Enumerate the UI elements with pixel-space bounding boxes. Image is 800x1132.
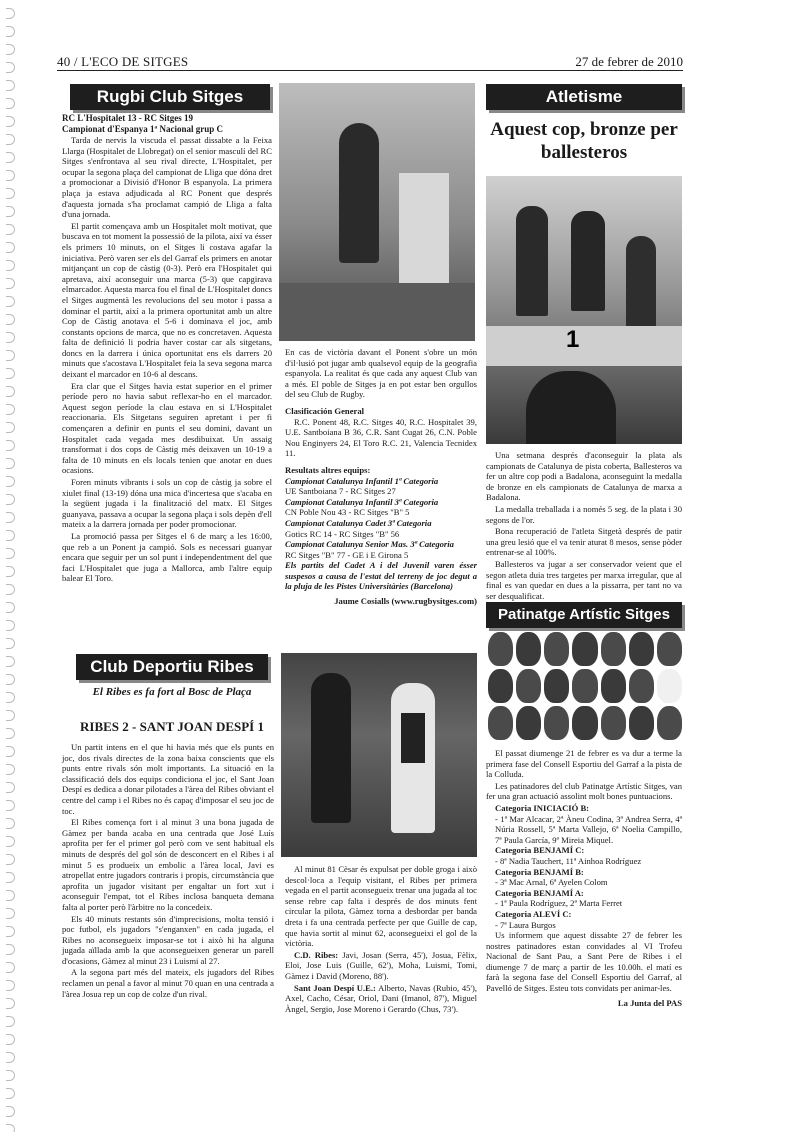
category-results: - 1ª Paula Rodríguez, 2ª Marta Ferret: [495, 898, 682, 909]
result-score: UE Santboiana 7 - RC Sitges 27: [285, 486, 477, 497]
binder-hole: [6, 512, 15, 523]
binder-hole: [6, 1034, 15, 1045]
rugby-paragraph: La promoció passa per Sitges el 6 de mar…: [62, 531, 272, 584]
binder-hole: [6, 944, 15, 955]
issue-date: 27 de febrer de 2010: [575, 54, 683, 70]
binder-hole: [6, 458, 15, 469]
binder-hole: [6, 782, 15, 793]
ribes-paragraph: Un partit intens en el que hi havia més …: [62, 742, 274, 816]
binder-hole: [6, 890, 15, 901]
patinatge-signature: La Junta del PAS: [486, 998, 682, 1009]
category-name: Categoria ALEVÍ C:: [495, 909, 682, 920]
rugby-continuation: En cas de victòria davant el Ponent s'ob…: [285, 347, 477, 400]
skater-portrait: [657, 669, 682, 703]
ribes-paragraph: Al minut 81 Cèsar és expulsat per doble …: [285, 864, 477, 949]
binder-hole: [6, 296, 15, 307]
skater-portrait: [544, 669, 569, 703]
rugby-competition: Campionat d'Espanya 1ª Nacional grup C: [62, 124, 272, 135]
binder-holes: [0, 0, 22, 1132]
binder-hole: [6, 404, 15, 415]
ribes-article: Un partit intens en el que hi havia més …: [62, 742, 274, 1000]
binder-hole: [6, 656, 15, 667]
binder-hole: [6, 350, 15, 361]
result-score: CN Poble Nou 43 - RC Sitges "B" 5: [285, 507, 477, 518]
result-category: Campionat Catalunya Senior Mas. 3ª Categ…: [285, 539, 477, 550]
podium-photo: 1: [486, 176, 682, 444]
result-category: Campionat Catalunya Cadet 3ª Categoria: [285, 518, 477, 529]
binder-hole: [6, 584, 15, 595]
binder-hole: [6, 818, 15, 829]
binder-hole: [6, 44, 15, 55]
binder-hole: [6, 476, 15, 487]
skater-portrait: [544, 706, 569, 740]
category-name: Categoria INICIACIÓ B:: [495, 803, 682, 814]
atletisme-article: Una setmana després d'aconseguir la plat…: [486, 450, 682, 616]
atletisme-banner: Atletisme: [486, 84, 682, 110]
atletisme-paragraph: Una setmana després d'aconseguir la plat…: [486, 450, 682, 503]
ribes-article-continued: Al minut 81 Cèsar és expulsat per doble …: [285, 864, 477, 1015]
patinatge-intro: El passat diumenge 21 de febrer es va du…: [486, 748, 682, 780]
binder-hole: [6, 728, 15, 739]
category-results: - 3ª Mac Arnal, 6ª Ayelen Colom: [495, 877, 682, 888]
results-title: Resultats altres equips:: [285, 465, 477, 476]
binder-hole: [6, 908, 15, 919]
result-score: RC Sitges "B" 77 - GE i E Girona 5: [285, 550, 477, 561]
binder-hole: [6, 1070, 15, 1081]
skater-portrait: [572, 706, 597, 740]
binder-hole: [6, 1106, 15, 1117]
skater-portrait: [629, 706, 654, 740]
binder-hole: [6, 602, 15, 613]
rugby-banner: Rugbi Club Sitges: [70, 84, 270, 110]
binder-hole: [6, 170, 15, 181]
category-results: - 1ª Mar Alcacar, 2ª Àneu Codina, 3ª And…: [495, 814, 682, 846]
binder-hole: [6, 332, 15, 343]
category-name: Categoria BENJAMÍ B:: [495, 867, 682, 878]
patinatge-intro2: Les patinadores del club Patinatge Artís…: [486, 781, 682, 802]
binder-hole: [6, 206, 15, 217]
binder-hole: [6, 530, 15, 541]
ribes-paragraph: El Ribes comença fort i al minut 3 una b…: [62, 817, 274, 912]
skater-portrait: [657, 706, 682, 740]
binder-hole: [6, 422, 15, 433]
ribes-paragraph: A la segona part més del mateix, els jug…: [62, 967, 274, 999]
binder-hole: [6, 134, 15, 145]
ribes-subhead: El Ribes es fa fort al Bosc de Plaça: [76, 686, 268, 699]
category-name: Categoria BENJAMÍ A:: [495, 888, 682, 899]
skater-portrait: [488, 669, 513, 703]
rugby-match-title: RC L'Hospitalet 13 - RC Sitges 19: [62, 113, 272, 124]
binder-hole: [6, 620, 15, 631]
atletisme-paragraph: La medalla treballada i a només 5 seg. d…: [486, 504, 682, 525]
result-category: Campionat Catalunya Infantil 3ª Categori…: [285, 497, 477, 508]
category-name: Categoria BENJAMÍ C:: [495, 845, 682, 856]
atletisme-paragraph: Ballesteros va jugar a ser conservador v…: [486, 559, 682, 601]
binder-hole: [6, 854, 15, 865]
binder-hole: [6, 1088, 15, 1099]
skater-portrait: [629, 669, 654, 703]
skater-portrait: [657, 632, 682, 666]
skaters-photo-grid: [488, 632, 682, 740]
lineup-label: Sant Joan Despí U.E.:: [294, 983, 376, 993]
skater-portrait: [601, 632, 626, 666]
skater-portrait: [601, 669, 626, 703]
skater-portrait: [516, 706, 541, 740]
binder-hole: [6, 8, 15, 19]
ribes-paragraph: Els 40 minuts restants són d'imprecision…: [62, 914, 274, 967]
atletisme-headline: Aquest cop, bronze per ballesteros: [486, 118, 682, 164]
patinatge-banner: Patinatge Artístic Sitges: [486, 602, 682, 628]
binder-hole: [6, 368, 15, 379]
binder-hole: [6, 440, 15, 451]
rugby-paragraph: Era clar que el Sitges havia estat super…: [62, 381, 272, 476]
binder-hole: [6, 278, 15, 289]
binder-hole: [6, 188, 15, 199]
ribes-banner: Club Deportiu Ribes: [76, 654, 268, 680]
rugby-paragraph: Tarda de nervis la viscuda el passat dis…: [62, 135, 272, 220]
skater-portrait: [488, 632, 513, 666]
skater-portrait: [601, 706, 626, 740]
patinatge-article: El passat diumenge 21 de febrer es va du…: [486, 748, 682, 1008]
binder-hole: [6, 224, 15, 235]
category-results: - 7ª Laura Burgos: [495, 920, 682, 931]
binder-hole: [6, 764, 15, 775]
football-match-photo: [281, 653, 477, 857]
binder-hole: [6, 242, 15, 253]
skater-portrait: [572, 669, 597, 703]
binder-hole: [6, 638, 15, 649]
skater-portrait: [572, 632, 597, 666]
rugby-signature: Jaume Cosialls (www.rugbysitges.com): [285, 596, 477, 607]
binder-hole: [6, 1052, 15, 1063]
rugby-article: RC L'Hospitalet 13 - RC Sitges 19 Campio…: [62, 113, 272, 585]
binder-hole: [6, 98, 15, 109]
binder-hole: [6, 116, 15, 127]
binder-hole: [6, 980, 15, 991]
category-results: - 8ª Nadia Tauchert, 11ª Ainhoa Rodrígue…: [495, 856, 682, 867]
skater-portrait: [629, 632, 654, 666]
ribes-headline: RIBES 2 - SANT JOAN DESPÍ 1: [70, 719, 274, 734]
binder-hole: [6, 152, 15, 163]
skater-portrait: [516, 632, 541, 666]
standings-text: R.C. Ponent 48, R.C. Sitges 40, R.C. Hos…: [285, 417, 477, 459]
binder-hole: [6, 674, 15, 685]
binder-hole: [6, 260, 15, 271]
rugby-lineout-photo: [279, 83, 475, 341]
binder-hole: [6, 998, 15, 1009]
binder-hole: [6, 926, 15, 937]
binder-hole: [6, 494, 15, 505]
rugby-article-continued: En cas de victòria davant el Ponent s'ob…: [285, 347, 477, 607]
skater-portrait: [544, 632, 569, 666]
binder-hole: [6, 314, 15, 325]
rugby-paragraph: Foren minuts vibrants i sols un cop de c…: [62, 477, 272, 530]
binder-hole: [6, 1124, 15, 1132]
binder-hole: [6, 1016, 15, 1027]
binder-hole: [6, 692, 15, 703]
binder-hole: [6, 746, 15, 757]
patinatge-closing: Us informem que aquest dissabte 27 de fe…: [486, 930, 682, 994]
binder-hole: [6, 962, 15, 973]
binder-hole: [6, 386, 15, 397]
result-category: Campionat Catalunya Infantil 1ª Categori…: [285, 476, 477, 487]
standings-title: Clasificación General: [285, 406, 477, 417]
binder-hole: [6, 62, 15, 73]
atletisme-paragraph: Bona recuperació de l'atleta Sitgetà des…: [486, 526, 682, 558]
binder-hole: [6, 872, 15, 883]
binder-hole: [6, 548, 15, 559]
binder-hole: [6, 80, 15, 91]
skater-portrait: [488, 706, 513, 740]
page-number-publication: 40 / L'ECO DE SITGES: [57, 54, 188, 70]
results-note: Els partits del Cadet A i del Juvenil va…: [285, 560, 477, 592]
result-score: Gotics RC 14 - RC Sitges "B" 56: [285, 529, 477, 540]
binder-hole: [6, 26, 15, 37]
lineup-label: C.D. Ribes:: [294, 950, 338, 960]
binder-hole: [6, 836, 15, 847]
skater-portrait: [516, 669, 541, 703]
binder-hole: [6, 710, 15, 721]
page-header: 40 / L'ECO DE SITGES 27 de febrer de 201…: [57, 54, 683, 71]
binder-hole: [6, 566, 15, 577]
rugby-paragraph: El partit començava amb un Hospitalet mo…: [62, 221, 272, 380]
binder-hole: [6, 800, 15, 811]
